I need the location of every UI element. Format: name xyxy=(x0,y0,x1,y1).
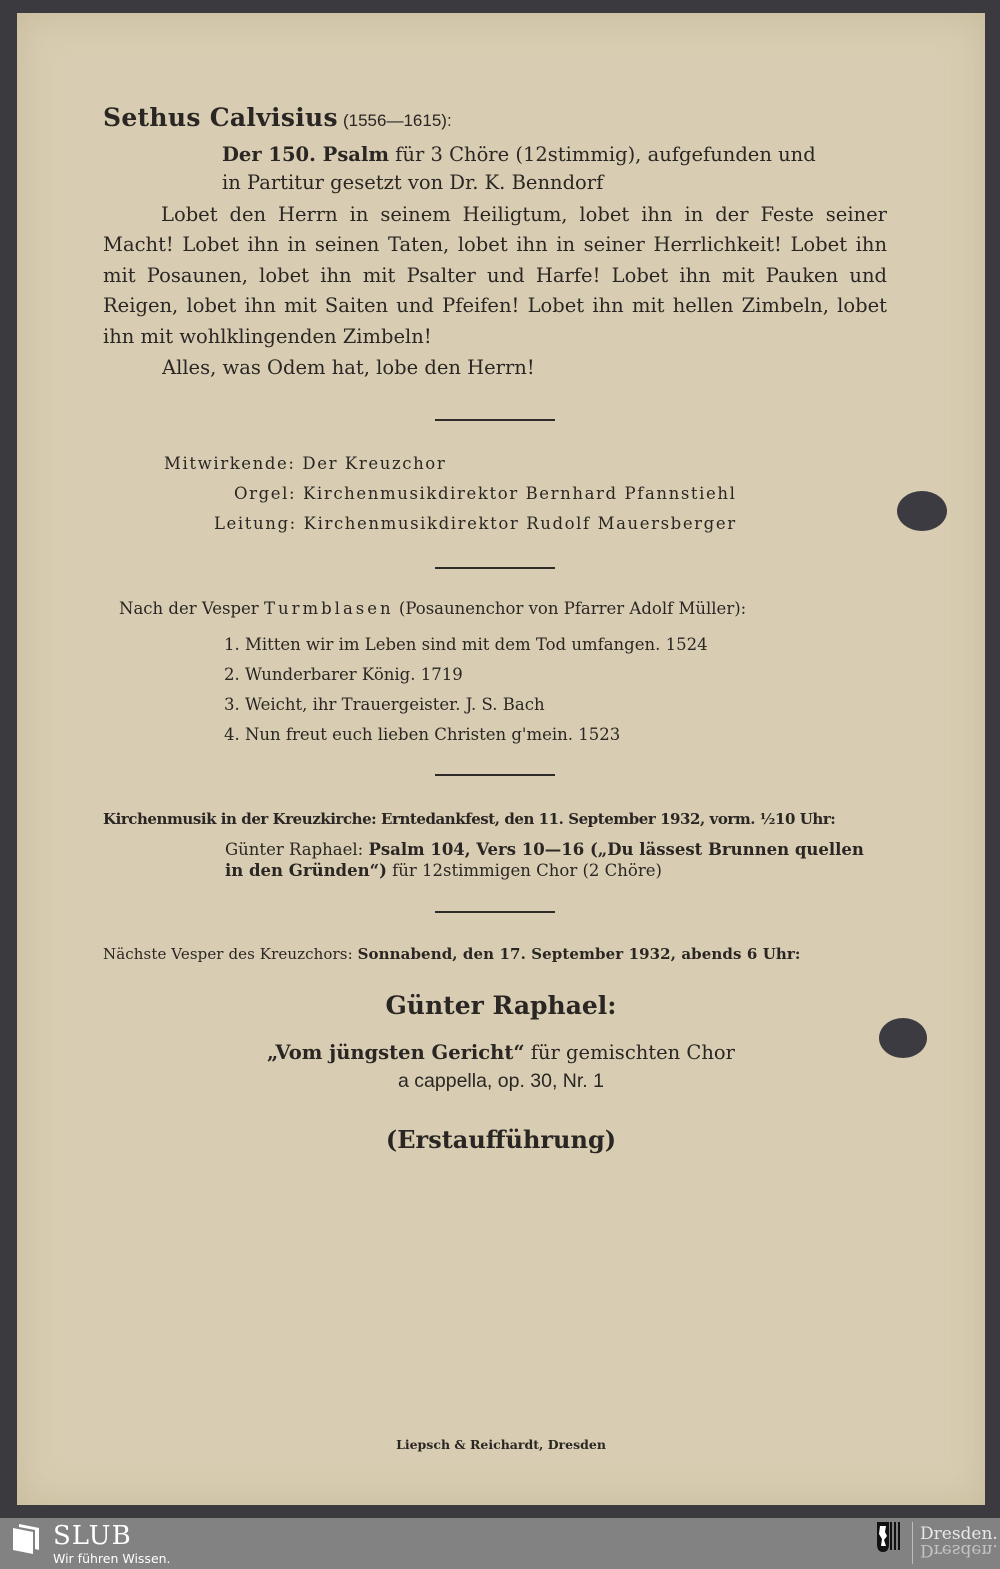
tower-item: 1. Mitten wir im Leben sind mit dem Tod … xyxy=(224,635,708,654)
punch-hole-blot xyxy=(897,491,947,531)
organ-line: Orgel: Kirchenmusikdirektor Bernhard Pfa… xyxy=(234,484,736,503)
conductor-line: Leitung: Kirchenmusikdirektor Rudolf Mau… xyxy=(214,514,737,533)
tower-item: 4. Nun freut euch lieben Christen g'mein… xyxy=(224,725,620,744)
divider-rule xyxy=(435,419,555,421)
psalm-closing: Alles, was Odem hat, lobe den Herrn! xyxy=(162,356,535,379)
church-music-heading: Kirchenmusik in der Kreuzkirche: Ernteda… xyxy=(103,810,835,828)
dresden-logo-mirror: Dresden. xyxy=(920,1540,998,1560)
document-page: Sethus Calvisius (1556—1615): Der 150. P… xyxy=(17,13,985,1505)
work-title: Der 150. Psalm xyxy=(222,143,389,166)
divider-rule xyxy=(435,567,555,569)
next-work-line2: a cappella, op. 30, Nr. 1 xyxy=(17,1070,985,1093)
slub-tagline: Wir führen Wissen. xyxy=(53,1551,171,1566)
church-music-line2: in den Gründen“) für 12stimmigen Chor (2… xyxy=(225,861,662,880)
next-composer: Günter Raphael: xyxy=(17,991,985,1020)
next-vesper-heading: Nächste Vesper des Kreuzchors: Sonnabend… xyxy=(103,945,801,963)
divider-rule xyxy=(435,774,555,776)
psalm-body: Lobet den Herrn in seinem Heiligtum, lob… xyxy=(103,203,887,348)
work-description: für 3 Chöre (12stimmig), aufgefunden und xyxy=(389,143,816,166)
turmblasen-label: Turmblasen xyxy=(264,599,394,618)
psalm-text: Lobet den Herrn in seinem Heiligtum, lob… xyxy=(103,200,887,352)
performers-line: Mitwirkende: Der Kreuzchor xyxy=(164,454,446,473)
footer-divider xyxy=(912,1522,913,1564)
tower-item: 2. Wunderbarer König. 1719 xyxy=(224,665,463,684)
slub-logo-text[interactable]: SLUB xyxy=(53,1521,132,1551)
punch-hole-blot xyxy=(879,1018,927,1058)
composer-name: Sethus Calvisius xyxy=(103,103,338,132)
church-music-line1: Günter Raphael: Psalm 104, Vers 10—16 („… xyxy=(225,840,864,859)
composer-heading: Sethus Calvisius (1556—1615): xyxy=(103,103,452,132)
work-title-line2: in Partitur gesetzt von Dr. K. Benndorf xyxy=(222,171,603,194)
printer-imprint: Liepsch & Reichardt, Dresden xyxy=(17,1437,985,1452)
next-work: „Vom jüngsten Gericht“ für gemischten Ch… xyxy=(17,1041,985,1064)
divider-rule xyxy=(435,911,555,913)
work-title-line1: Der 150. Psalm für 3 Chöre (12stimmig), … xyxy=(222,143,816,166)
slub-book-icon xyxy=(13,1524,41,1554)
dresden-coat-of-arms-icon[interactable] xyxy=(877,1522,901,1552)
tower-intro: Nach der Vesper Turmblasen (Posaunenchor… xyxy=(119,599,746,618)
tower-item: 3. Weicht, ihr Trauergeister. J. S. Bach xyxy=(224,695,545,714)
composer-dates: (1556—1615): xyxy=(343,111,452,130)
premiere-label: (Erstaufführung) xyxy=(17,1125,985,1154)
footer-bar: SLUB Wir führen Wissen. Dresden. Dresden… xyxy=(0,1518,1000,1569)
